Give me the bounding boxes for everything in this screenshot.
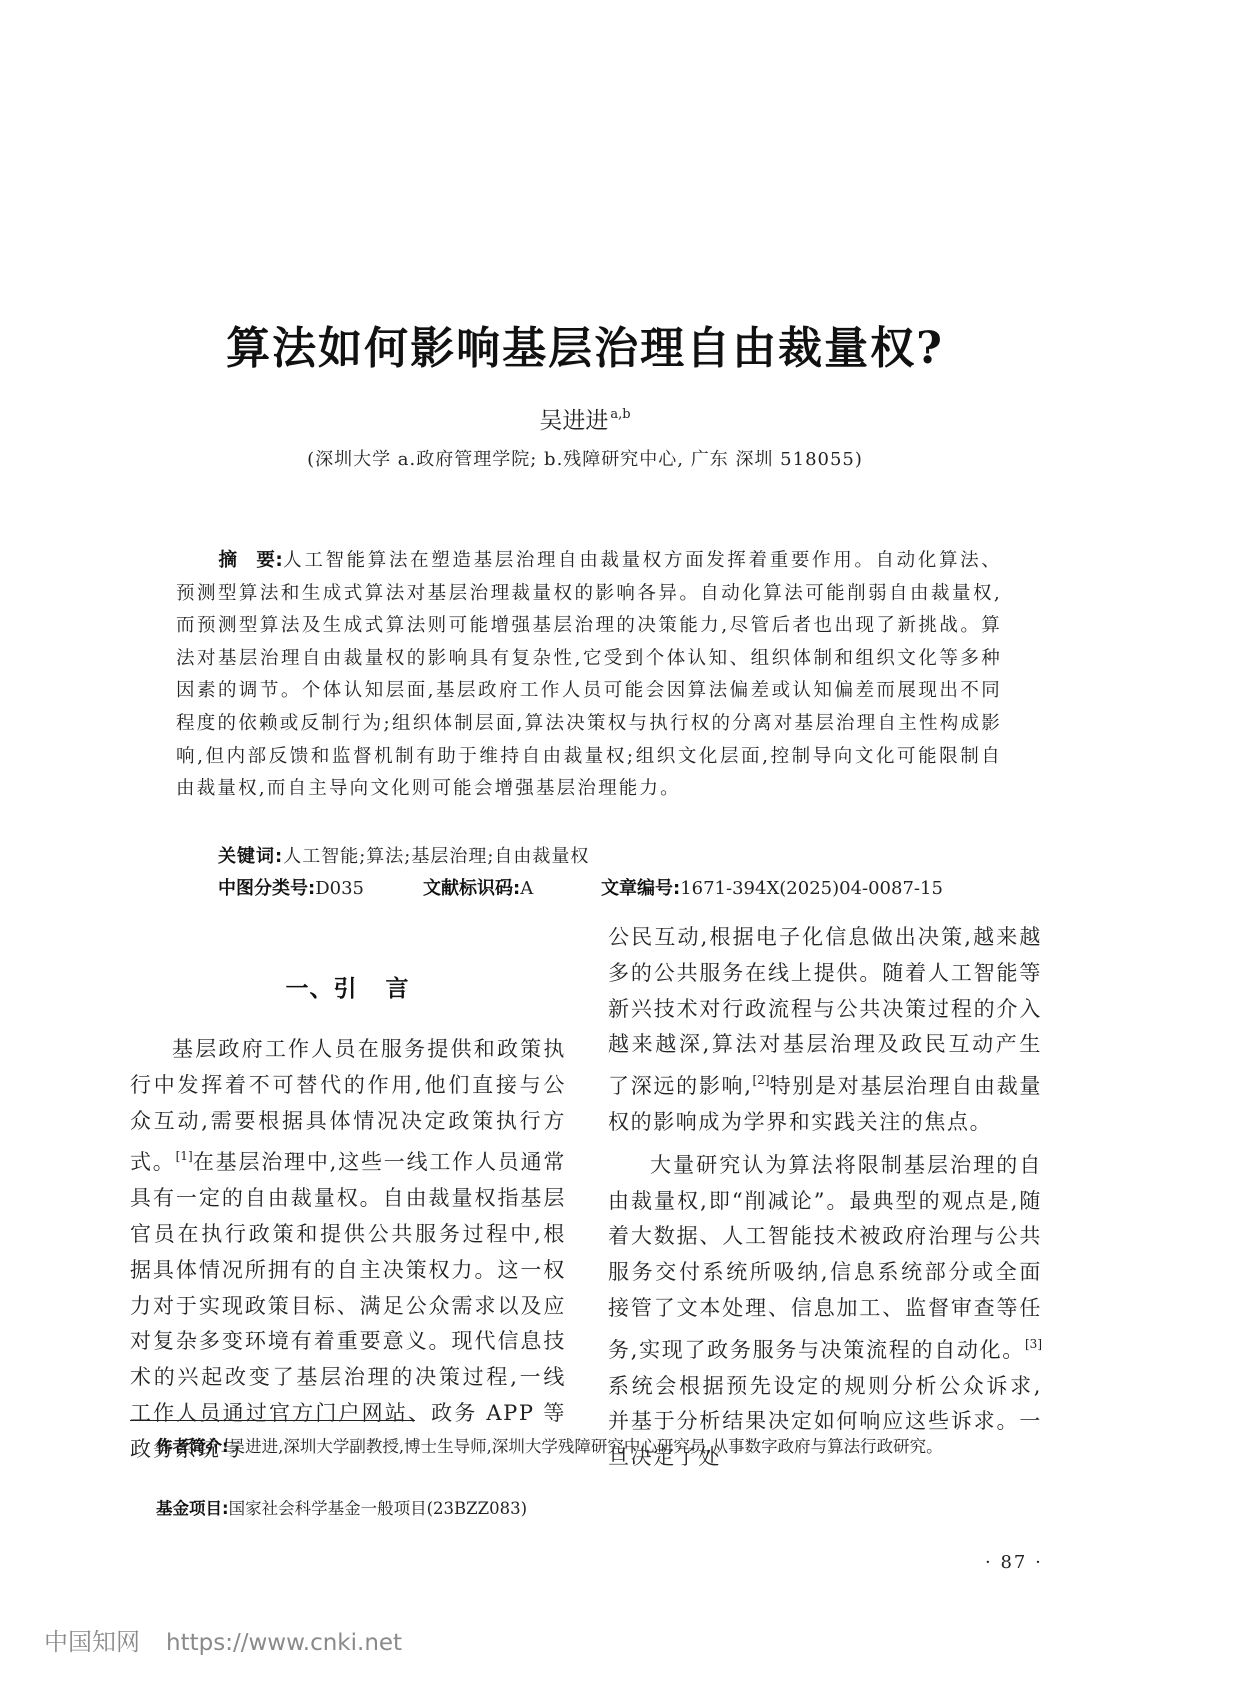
abstract-text: 人工智能算法在塑造基层治理自由裁量权方面发挥着重要作用。自动化算法、预测型算法和… <box>176 550 1002 799</box>
citation-ref: [2] <box>753 1073 770 1087</box>
doc-code-value: A <box>520 878 533 899</box>
article-title: 算法如何影响基层治理自由裁量权? <box>0 312 1170 376</box>
abstract: 摘 要:人工智能算法在塑造基层治理自由裁量权方面发挥着重要作用。自动化算法、预测… <box>176 545 1002 806</box>
keywords-value: 人工智能;算法;基层治理;自由裁量权 <box>283 846 589 867</box>
fund-text: 国家社会科学基金一般项目(23BZZ083) <box>229 1499 527 1518</box>
author-affiliation-marks: a,b <box>610 407 630 422</box>
paragraph-text: 大量研究认为算法将限制基层治理的自由裁量权,即“削减论”。最典型的观点是,随着大… <box>608 1153 1042 1362</box>
clc-number: 中图分类号:D035 <box>218 874 423 900</box>
fund-footnote: 基金项目:国家社会科学基金一般项目(23BZZ083) <box>156 1494 1076 1524</box>
section-heading-introduction: 一、引言 <box>130 970 565 1003</box>
abstract-label: 摘 要: <box>218 550 283 571</box>
fund-label: 基金项目: <box>156 1499 229 1518</box>
bio-label: 作者简介: <box>156 1437 229 1456</box>
body-right-column: 公民互动,根据电子化信息做出决策,越来越多的公共服务在线上提供。随着人工智能等新… <box>608 920 1042 1476</box>
paragraph: 基层政府工作人员在服务提供和政策执行中发挥着不可替代的作用,他们直接与公众互动,… <box>130 1032 566 1468</box>
page-number: · 87 · <box>985 1552 1043 1573</box>
paragraph-text: 公民互动,根据电子化信息做出决策,越来越多的公共服务在线上提供。随着人工智能等新… <box>608 925 1042 1098</box>
article-no-value: 1671-394X(2025)04-0087-15 <box>680 878 943 899</box>
affiliation: (深圳大学 a.政府管理学院; b.残障研究中心, 广东 深圳 518055) <box>0 445 1170 471</box>
article-no-label: 文章编号: <box>601 878 680 899</box>
clc-value: D035 <box>315 878 364 899</box>
bio-text: 吴进进,深圳大学副教授,博士生导师,深圳大学残障研究中心研究员,从事数字政府与算… <box>229 1437 943 1456</box>
author-name: 吴进进 <box>539 408 608 434</box>
author-bio-footnote: 作者简介:吴进进,深圳大学副教授,博士生导师,深圳大学残障研究中心研究员,从事数… <box>130 1432 1050 1462</box>
clc-label: 中图分类号: <box>218 878 315 899</box>
citation-ref: [3] <box>1025 1337 1042 1351</box>
section-heading-number: 一、引 <box>286 976 358 1002</box>
body-left-column: 基层政府工作人员在服务提供和政策执行中发挥着不可替代的作用,他们直接与公众互动,… <box>130 1032 566 1468</box>
keywords-label: 关键词: <box>218 846 283 867</box>
document-code: 文献标识码:A <box>423 874 601 900</box>
watermark-url: https://www.cnki.net <box>166 1630 402 1656</box>
paragraph-text: 在基层治理中,这些一线工作人员通常具有一定的自由裁量权。自由裁量权指基层官员在执… <box>130 1150 566 1460</box>
watermark-brand: 中国知网 <box>44 1628 140 1656</box>
citation-ref: [1] <box>176 1149 193 1163</box>
section-heading-text: 言 <box>386 976 410 1002</box>
cnki-watermark: 中国知网https://www.cnki.net <box>44 1622 402 1657</box>
doc-code-label: 文献标识码: <box>423 878 520 899</box>
keywords: 关键词:人工智能;算法;基层治理;自由裁量权 <box>218 842 589 868</box>
article-number: 文章编号:1671-394X(2025)04-0087-15 <box>601 874 943 900</box>
paragraph: 公民互动,根据电子化信息做出决策,越来越多的公共服务在线上提供。随着人工智能等新… <box>608 920 1042 1141</box>
classification-line: 中图分类号:D035 文献标识码:A 文章编号:1671-394X(2025)0… <box>218 874 943 900</box>
author-line: 吴进进a,b <box>0 402 1170 435</box>
footnote-divider <box>130 1420 415 1421</box>
paragraph: 大量研究认为算法将限制基层治理的自由裁量权,即“削减论”。最典型的观点是,随着大… <box>608 1148 1042 1476</box>
